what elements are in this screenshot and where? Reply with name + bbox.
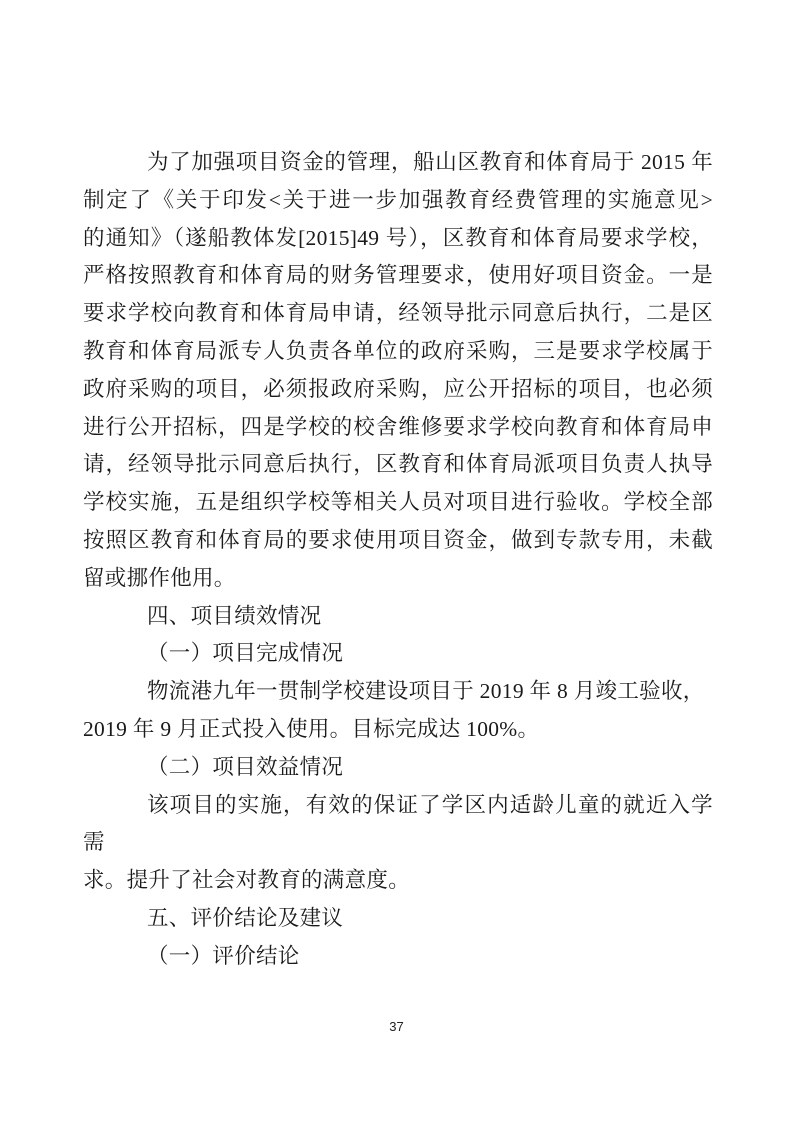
body-line: 学校实施，五是组织学校等相关人员对项目进行验收。学校全部 — [83, 484, 713, 522]
body-line: 进行公开招标，四是学校的校舍维修要求学校向教育和体育局申 — [83, 409, 713, 447]
body-line: 的通知》（遂船教体发[2015]49 号），区教育和体育局要求学校， — [83, 220, 713, 258]
subsection-heading: （一）评价结论 — [83, 938, 713, 976]
section-heading: 五、评价结论及建议 — [83, 900, 713, 938]
section-heading: 四、项目绩效情况 — [83, 598, 713, 636]
body-line: 教育和体育局派专人负责各单位的政府采购，三是要求学校属于 — [83, 333, 713, 371]
body-line: 物流港九年一贯制学校建设项目于 2019 年 8 月竣工验收， — [83, 673, 713, 711]
document-page: 为了加强项目资金的管理，船山区教育和体育局于 2015 年 制定了《关于印发<关… — [0, 0, 793, 1122]
document-body: 为了加强项目资金的管理，船山区教育和体育局于 2015 年 制定了《关于印发<关… — [83, 144, 713, 976]
subsection-heading: （二）项目效益情况 — [83, 749, 713, 787]
page-number: 37 — [0, 1019, 793, 1034]
body-line: 求。提升了社会对教育的满意度。 — [83, 862, 713, 900]
body-line: 请，经领导批示同意后执行，区教育和体育局派项目负责人执导 — [83, 446, 713, 484]
body-line: 政府采购的项目，必须报政府采购，应公开招标的项目，也必须 — [83, 371, 713, 409]
body-line: 2019 年 9 月正式投入使用。目标完成达 100%。 — [83, 711, 713, 749]
body-line: 为了加强项目资金的管理，船山区教育和体育局于 2015 年 — [83, 144, 713, 182]
body-line: 制定了《关于印发<关于进一步加强教育经费管理的实施意见> — [83, 182, 713, 220]
body-line: 该项目的实施，有效的保证了学区内适龄儿童的就近入学需 — [83, 787, 713, 863]
body-line: 要求学校向教育和体育局申请，经领导批示同意后执行，二是区 — [83, 295, 713, 333]
body-line: 严格按照教育和体育局的财务管理要求，使用好项目资金。一是 — [83, 257, 713, 295]
body-line: 留或挪作他用。 — [83, 560, 713, 598]
subsection-heading: （一）项目完成情况 — [83, 635, 713, 673]
body-line: 按照区教育和体育局的要求使用项目资金，做到专款专用，未截 — [83, 522, 713, 560]
